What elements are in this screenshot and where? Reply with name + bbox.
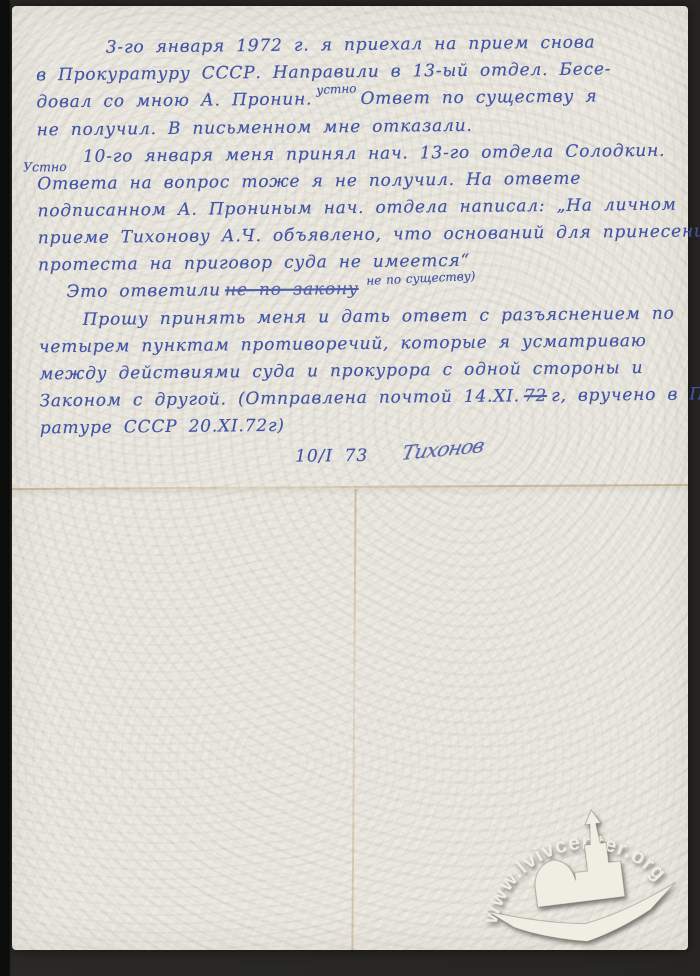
- vertical-fold-crease: [351, 489, 356, 950]
- line-text: 10-го января меня принял нач. 13-го отде…: [83, 141, 666, 167]
- date: 10/I 73: [295, 446, 368, 467]
- handwritten-text: 3-го января 1972 г. я приехал на прием с…: [36, 29, 681, 474]
- line-text: Ответ по существу я: [360, 86, 597, 108]
- struck-out-text: 72: [524, 386, 547, 406]
- inserted-words-above: не по существу): [366, 263, 476, 295]
- line-text: довал со мною А. Пронин.: [36, 89, 312, 112]
- date-and-signature-line: 10/I 73Тихонов: [295, 438, 680, 471]
- inserted-word-above: устно: [316, 75, 357, 104]
- handwriting-line: ратуре СССР 20.XI.72г): [40, 409, 680, 443]
- struck-out-text: не по закону: [225, 279, 359, 300]
- letter-paper: 3-го января 1972 г. я приехал на прием с…: [12, 6, 688, 950]
- scan-background: 3-го января 1972 г. я приехал на прием с…: [0, 0, 700, 976]
- line-text: Это ответили: [66, 280, 221, 302]
- archive-watermark: www.lvivcenter.org: [476, 802, 682, 948]
- line-text: г, вручено в Проку-: [551, 384, 700, 406]
- line-text: Законом с другой. (Отправлена почтой 14.…: [39, 386, 520, 411]
